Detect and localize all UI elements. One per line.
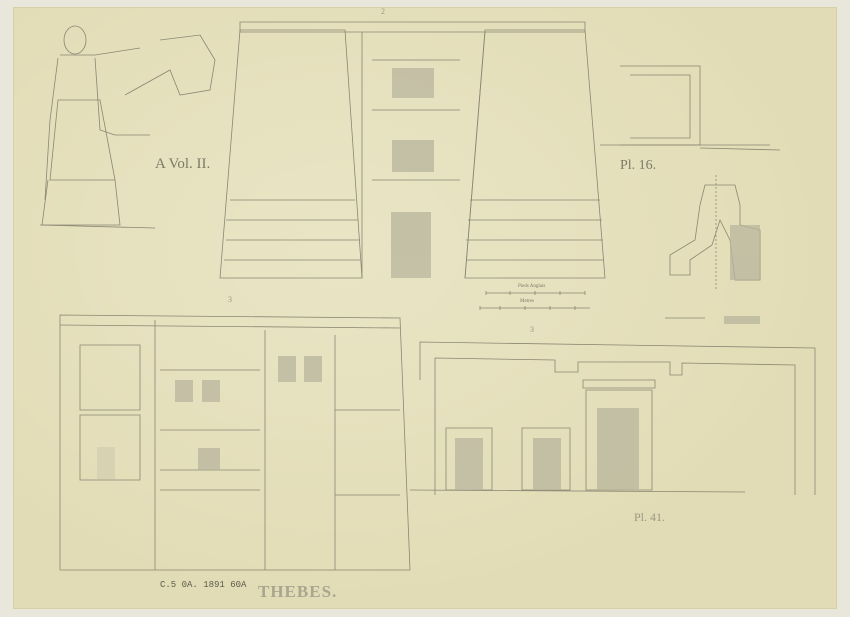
scale-lower-label: Metres (520, 299, 534, 304)
svg-text:3: 3 (228, 295, 232, 304)
plate-41-label: Pl. 41. (634, 510, 665, 525)
svg-text:2: 2 (381, 7, 385, 16)
plate-16-label: Pl. 16. (620, 158, 656, 174)
scale-bar-lines (480, 291, 590, 310)
architectural-drawing: 2 3 3 (0, 0, 850, 617)
volume-label: A Vol. II. (155, 156, 210, 173)
scale-upper-label: Pieds Anglais (518, 284, 545, 289)
catalog-number: C.5 0A. 1891 60A (160, 580, 246, 590)
svg-text:3: 3 (530, 325, 534, 334)
egyptian-figure-drawing (40, 26, 215, 228)
thebes-stamp: THEBES. (258, 582, 337, 602)
plan-drawing (600, 66, 780, 318)
section-elevation-left (60, 315, 410, 570)
